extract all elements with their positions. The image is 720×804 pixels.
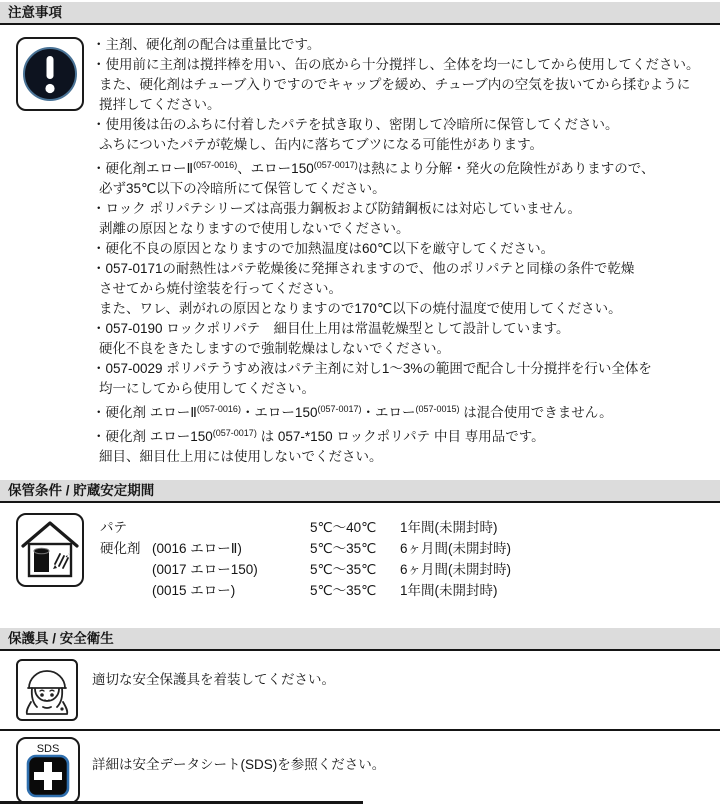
section-title-protection: 保護具 / 安全衛生 [8, 631, 114, 646]
note-text: ・主剤、硬化剤の配合は重量比です。 [92, 37, 320, 52]
note-text: ・エロー150 [241, 405, 318, 420]
section-header-storage: 保管条件 / 貯蔵安定期間 [0, 480, 720, 503]
note-line: ふちについたパテが乾燥し、缶内に落ちてブツになる可能性があります。 [92, 135, 716, 155]
note-text: ・ロック ポリパテシリーズは高張力鋼板および防錆鋼板には対応していません。 [92, 201, 581, 216]
note-text: 硬化不良をきたしますので強制乾燥はしないでください。 [99, 341, 450, 356]
note-line: ・主剤、硬化剤の配合は重量比です。 [92, 35, 716, 55]
notes-lines: ・主剤、硬化剤の配合は重量比です。・使用前に主剤は撹拌棒を用い、缶の底から十分撹… [92, 25, 720, 467]
note-text: は 057-*150 ロックポリパテ 中目 専用品です。 [257, 429, 545, 444]
protection-text: 適切な安全保護具を着装してください。 [92, 672, 335, 687]
note-text: 必ず35℃以下の冷暗所にて保管してください。 [99, 181, 386, 196]
note-text: 、エロー150 [237, 161, 314, 176]
storage-cell-category: パテ [100, 517, 152, 538]
storage-cell-category: 硬化剤 [100, 538, 152, 559]
storage-cell-variant: (0017 エロー150) [152, 559, 310, 580]
note-line: ・使用前に主剤は撹拌棒を用い、缶の底から十分撹拌し、全体を均一にしてから使用して… [92, 55, 716, 75]
note-line: ・硬化剤 エローⅡ(057-0016)・エロー150(057-0017)・エロー… [92, 399, 716, 423]
section-protection: 適切な安全保護具を着装してください。 [0, 651, 720, 721]
note-line: また、硬化剤はチューブ入りですのでキャップを緩め、チューブ内の空気を抜いてから揉… [92, 75, 716, 95]
note-text: ・硬化剤エローⅡ [92, 161, 193, 176]
product-code-superscript: (057-0017) [213, 428, 257, 438]
note-text: ・使用前に主剤は撹拌棒を用い、缶の底から十分撹拌し、全体を均一にしてから使用して… [92, 57, 700, 72]
storage-cell-variant: (0016 エローⅡ) [152, 538, 310, 559]
storage-table: パテ5℃～40℃1年間(未開封時)硬化剤(0016 エローⅡ)5℃～35℃6ヶ月… [100, 517, 720, 601]
storage-cell-variant [152, 517, 310, 538]
storage-cell-temperature: 5℃～40℃ [310, 517, 400, 538]
note-text: ・エロー [362, 405, 416, 420]
note-line: 細目、細目仕上用には使用しないでください。 [92, 447, 716, 467]
storage-cell-period: 1年間(未開封時) [400, 580, 720, 601]
section-title-storage: 保管条件 / 貯蔵安定期間 [8, 483, 154, 498]
note-text: また、硬化剤はチューブ入りですのでキャップを緩め、チューブ内の空気を抜いてから揉… [99, 77, 690, 92]
note-text: ・057-0171の耐熱性はパテ乾燥後に発揮されますので、他のポリパテと同様の条… [92, 261, 634, 276]
note-text: 細目、細目仕上用には使用しないでください。 [99, 449, 383, 464]
note-line: また、ワレ、剥がれの原因となりますので170℃以下の焼付温度で使用してください。 [92, 299, 716, 319]
storage-cell-temperature: 5℃～35℃ [310, 559, 400, 580]
note-text: ふちについたパテが乾燥し、缶内に落ちてブツになる可能性があります。 [99, 137, 543, 152]
product-code-superscript: (057-0016) [197, 404, 241, 414]
note-text: は混合使用できません。 [460, 405, 613, 420]
note-text: ・硬化不良の原因となりますので加熱温度は60℃以下を厳守してください。 [92, 241, 554, 256]
note-text: は熱により分解・発火の危険性がありますので、 [358, 161, 655, 176]
note-line: 硬化不良をきたしますので強制乾燥はしないでください。 [92, 339, 716, 359]
section-header-protection: 保護具 / 安全衛生 [0, 628, 720, 651]
product-code-superscript: (057-0015) [416, 404, 460, 414]
protection-icon-cell [0, 651, 92, 721]
storage-cell-period: 1年間(未開封時) [400, 517, 720, 538]
storage-cell-temperature: 5℃～35℃ [310, 538, 400, 559]
note-line: 剥離の原因となりますので使用しないでください。 [92, 219, 716, 239]
storage-cell-category [100, 580, 152, 601]
notes-icon-cell [0, 25, 92, 111]
product-code-superscript: (057-0017) [317, 404, 361, 414]
section-sds: SDS 詳細は安全データシート(SDS)を参照ください。 [0, 731, 720, 804]
note-line: ・使用後は缶のふちに付着したパテを拭き取り、密閉して冷暗所に保管してください。 [92, 115, 716, 135]
storage-icon-cell [0, 503, 92, 587]
storage-cell-category [100, 559, 152, 580]
storage-house-icon [16, 513, 84, 587]
storage-cell-temperature: 5℃～35℃ [310, 580, 400, 601]
protective-hood-icon [16, 659, 78, 721]
note-text: させてから焼付塗装を行ってください。 [99, 281, 342, 296]
note-text: 剥離の原因となりますので使用しないでください。 [99, 221, 410, 236]
sds-plus-icon: SDS [16, 737, 80, 804]
note-line: させてから焼付塗装を行ってください。 [92, 279, 716, 299]
sds-icon-cell: SDS [0, 731, 92, 804]
note-line: ・硬化剤エローⅡ(057-0016)、エロー150(057-0017)は熱により… [92, 155, 716, 179]
note-text: ・硬化剤 エローⅡ [92, 405, 197, 420]
note-line: ・ロック ポリパテシリーズは高張力鋼板および防錆鋼板には対応していません。 [92, 199, 716, 219]
note-line: ・057-0029 ポリパテうすめ液はパテ主剤に対し1～3%の範囲で配合し十分撹… [92, 359, 716, 379]
section-header-notes: 注意事項 [0, 2, 720, 25]
note-text: ・使用後は缶のふちに付着したパテを拭き取り、密閉して冷暗所に保管してください。 [92, 117, 619, 132]
storage-cell-period: 6ヶ月間(未開封時) [400, 538, 720, 559]
note-line: ・057-0190 ロックポリパテ 細目仕上用は常温乾燥型として設計しています。 [92, 319, 716, 339]
product-code-superscript: (057-0017) [314, 160, 358, 170]
storage-cell-variant: (0015 エロー) [152, 580, 310, 601]
note-text: ・硬化剤 エロー150 [92, 429, 213, 444]
note-text: また、ワレ、剥がれの原因となりますので170℃以下の焼付温度で使用してください。 [99, 301, 622, 316]
storage-cell-period: 6ヶ月間(未開封時) [400, 559, 720, 580]
note-line: 均一にしてから使用してください。 [92, 379, 716, 399]
product-code-superscript: (057-0016) [193, 160, 237, 170]
datasheet-page: 注意事項 ・主剤、硬化剤の配合は重量比です。・使用前に主剤は撹拌棒を用い、缶の底… [0, 0, 720, 804]
alert-icon [16, 37, 84, 111]
note-text: 撹拌してください。 [99, 97, 221, 112]
note-line: ・057-0171の耐熱性はパテ乾燥後に発揮されますので、他のポリパテと同様の条… [92, 259, 716, 279]
note-line: ・硬化剤 エロー150(057-0017) は 057-*150 ロックポリパテ… [92, 423, 716, 447]
note-line: 必ず35℃以下の冷暗所にて保管してください。 [92, 179, 716, 199]
note-line: ・硬化不良の原因となりますので加熱温度は60℃以下を厳守してください。 [92, 239, 716, 259]
note-text: 均一にしてから使用してください。 [99, 381, 315, 396]
section-title-notes: 注意事項 [8, 5, 62, 20]
sds-badge-label: SDS [37, 743, 60, 755]
section-storage: パテ5℃～40℃1年間(未開封時)硬化剤(0016 エローⅡ)5℃～35℃6ヶ月… [0, 503, 720, 601]
sds-text: 詳細は安全データシート(SDS)を参照ください。 [92, 757, 385, 772]
note-text: ・057-0029 ポリパテうすめ液はパテ主剤に対し1～3%の範囲で配合し十分撹… [92, 361, 652, 376]
note-text: ・057-0190 ロックポリパテ 細目仕上用は常温乾燥型として設計しています。 [92, 321, 570, 336]
note-line: 撹拌してください。 [92, 95, 716, 115]
section-notes: ・主剤、硬化剤の配合は重量比です。・使用前に主剤は撹拌棒を用い、缶の底から十分撹… [0, 25, 720, 467]
